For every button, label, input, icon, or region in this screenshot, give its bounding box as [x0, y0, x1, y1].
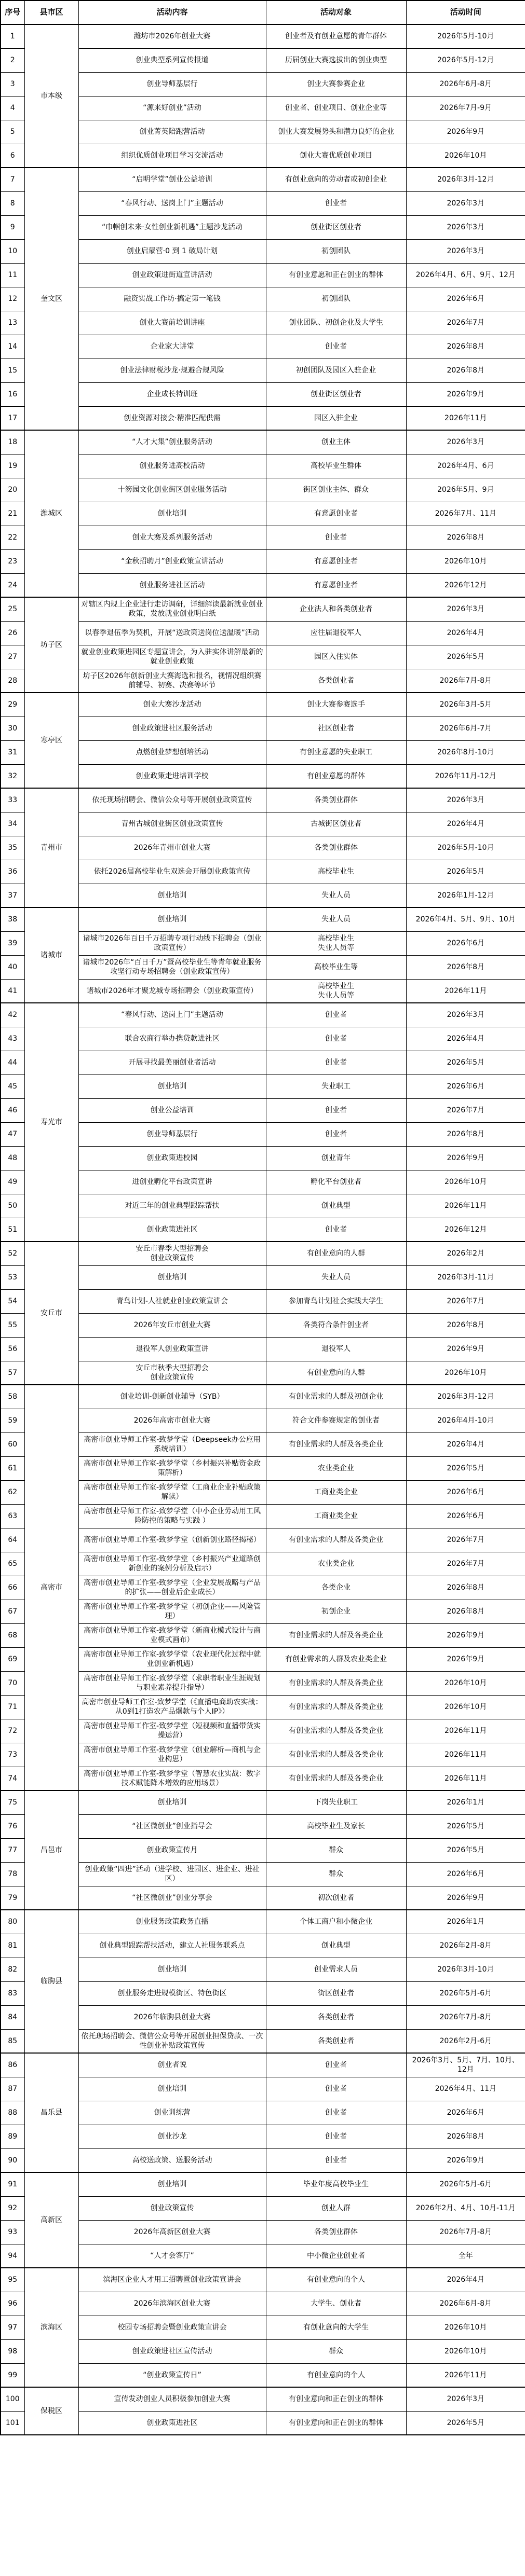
activity-time-cell: 2026年3月: [406, 597, 525, 621]
table-row: 4“源来好创业”活动创业者、创业项目、创业企业等2026年7月-9月: [1, 96, 525, 120]
activity-time-cell: 2026年11月: [406, 406, 525, 430]
activity-target-cell: 有创业需求的人群及各类企业: [266, 1528, 406, 1552]
table-row: 17创业资源对接会·精准匹配供需园区入驻企业2026年11月: [1, 406, 525, 430]
activity-target-cell: 创业需求人员: [266, 1958, 406, 1981]
row-number-cell: 12: [1, 287, 24, 311]
activity-content-cell: 高密市创业导师工作室-致梦学堂（乡村振兴补贴资金政策解析）: [78, 1456, 266, 1480]
activity-target-cell: 创业典型: [266, 1194, 406, 1218]
row-number-cell: 97: [1, 2316, 24, 2339]
row-number-cell: 5: [1, 120, 24, 144]
row-number-cell: 41: [1, 979, 24, 1003]
activity-time-cell: 2026年12月: [406, 573, 525, 597]
table-row: 21创业培训有意愿创业者2026年7月、11月: [1, 502, 525, 526]
activity-target-cell: 失业职工: [266, 1075, 406, 1098]
table-row: 11创业政策进街道宣讲活动有创业意愿和正在创业的群体2026年4月、6月、9月、…: [1, 263, 525, 287]
activity-content-cell: 退役军人创业政策宣讲: [78, 1337, 266, 1361]
row-number-cell: 101: [1, 2411, 24, 2435]
activity-target-cell: 创业街区创业者: [266, 382, 406, 406]
table-row: 75昌邑市创业培训下岗失业职工2026年1月: [1, 1790, 525, 1814]
table-row: 57安丘市秋季大型招聘会 创业政策宣传有创业意向的人群2026年10月: [1, 1361, 525, 1385]
activity-content-cell: 高密市创业导师工作室-致梦学堂（新商业模式设计与商业模式画布）: [78, 1623, 266, 1647]
activity-content-cell: “春风行动、送岗上门”主题活动: [78, 191, 266, 215]
activity-content-cell: “金秋招聘月”创业政策宣讲活动: [78, 549, 266, 573]
activity-content-cell: 创业服务走进规模街区、特色街区: [78, 1981, 266, 2005]
row-number-cell: 62: [1, 1480, 24, 1504]
row-number-cell: 30: [1, 717, 24, 740]
district-cell: 潍城区: [24, 430, 78, 597]
table-row: 5创业菁英陪跑营活动创业大赛发展势头和潜力良好的企业2026年9月: [1, 120, 525, 144]
activity-target-cell: 创业者: [266, 2101, 406, 2125]
row-number-cell: 66: [1, 1576, 24, 1600]
activity-time-cell: 2026年2月-8月: [406, 1934, 525, 1958]
activity-time-cell: 2026年9月: [406, 120, 525, 144]
activity-time-cell: 2026年9月: [406, 1337, 525, 1361]
row-number-cell: 34: [1, 812, 24, 836]
activity-target-cell: 群众: [266, 1838, 406, 1862]
activity-content-cell: 校园专场招聘会暨创业政策宣讲会: [78, 2316, 266, 2339]
row-number-cell: 28: [1, 669, 24, 693]
activity-content-cell: 创业政策走进培训学校: [78, 764, 266, 788]
table-row: 40诸城市2026年“百日千万”暨高校毕业生等青年就业服务攻坚行动专场招聘会（创…: [1, 955, 525, 979]
district-cell: 市本级: [24, 24, 78, 168]
table-row: 94“人才会客厅”中小微企业创业者全年: [1, 2244, 525, 2268]
table-row: 62高密市创业导师工作室-致梦学堂（工商业企业补贴政策解读）工商业类企业2026…: [1, 1480, 525, 1504]
row-number-cell: 10: [1, 239, 24, 263]
row-number-cell: 73: [1, 1743, 24, 1767]
activity-content-cell: 创业政策“四进”活动（进学校、进园区、进企业、进社区）: [78, 1862, 266, 1886]
activity-content-cell: 高密市创业导师工作室-致梦学堂（《直播电商助农实战：从0到1打造农产品爆款与个人…: [78, 1695, 266, 1719]
activity-target-cell: 有创业意愿的失业职工: [266, 740, 406, 764]
row-number-cell: 74: [1, 1767, 24, 1790]
row-number-cell: 80: [1, 1910, 24, 1934]
activity-target-cell: 高校毕业生: [266, 860, 406, 884]
activity-time-cell: 2026年4月: [406, 1027, 525, 1051]
activity-target-cell: 孵化平台创业者: [266, 1170, 406, 1194]
row-number-cell: 49: [1, 1170, 24, 1194]
table-row: 12融资实战工作坊·搞定第一笔钱初创团队2026年6月: [1, 287, 525, 311]
activity-target-cell: 创业者: [266, 1122, 406, 1146]
activity-content-cell: “创业政策宣传日”: [78, 2363, 266, 2387]
table-row: 83创业服务走进规模街区、特色街区街区创业者2026年5月-6月: [1, 1981, 525, 2005]
activity-target-cell: 创业青年: [266, 1146, 406, 1170]
activity-target-cell: 失业人员: [266, 884, 406, 907]
activity-target-cell: 有创业意向的劳动者或初创企业: [266, 168, 406, 191]
activity-target-cell: 毕业年度高校毕业生: [266, 2172, 406, 2196]
table-row: 61高密市创业导师工作室-致梦学堂（乡村振兴补贴资金政策解析）农业类企业2026…: [1, 1456, 525, 1480]
table-row: 101创业政策进社区有创业意向和正在创业的群体2026年5月: [1, 2411, 525, 2435]
activity-time-cell: 2026年3月-10月: [406, 1958, 525, 1981]
activity-target-cell: 有意愿创业者: [266, 549, 406, 573]
activity-target-cell: 下岗失业职工: [266, 1790, 406, 1814]
activity-time-cell: 2026年5月、9月: [406, 478, 525, 502]
activity-target-cell: 创业者: [266, 1027, 406, 1051]
activity-target-cell: 企业法人和各类创业者: [266, 597, 406, 621]
activity-content-cell: 创业政策进社区: [78, 1218, 266, 1242]
row-number-cell: 82: [1, 1958, 24, 1981]
activity-time-cell: 2026年9月: [406, 1647, 525, 1671]
activity-target-cell: 创业大赛发展势头和潜力良好的企业: [266, 120, 406, 144]
row-number-cell: 63: [1, 1504, 24, 1528]
table-row: 67高密市创业导师工作室-致梦学堂（初创企业——风险管理）初创企业2026年8月: [1, 1600, 525, 1623]
table-row: 98创业政策进社区宣传活动群众2026年10月: [1, 2339, 525, 2363]
district-cell: 滨海区: [24, 2268, 78, 2387]
table-row: 51创业政策进社区创业者2026年12月: [1, 1218, 525, 1242]
table-row: 962026年滨海区创业大赛大学生、创业者2026年6月-8月: [1, 2292, 525, 2316]
activity-time-cell: 2026年7月、11月: [406, 502, 525, 526]
activity-content-cell: 依托现场招聘会、微信公众号等开展创业担保贷款、一次性创业补贴政策宣传: [78, 2029, 266, 2053]
row-number-cell: 3: [1, 72, 24, 96]
table-row: 25坊子区对辖区内规上企业进行走访调研，详细解读最新就业创业政策，发放就业创业明…: [1, 597, 525, 621]
row-number-cell: 51: [1, 1218, 24, 1242]
activity-time-cell: 2026年5月: [406, 1814, 525, 1838]
row-number-cell: 50: [1, 1194, 24, 1218]
activity-time-cell: 2026年8月: [406, 1122, 525, 1146]
row-number-cell: 95: [1, 2268, 24, 2292]
activity-content-cell: 依托2026届高校毕业生双选会开展创业政策宣传: [78, 860, 266, 884]
activity-content-cell: 创业培训: [78, 2172, 266, 2196]
activity-time-cell: 2026年1月: [406, 1910, 525, 1934]
activity-target-cell: 群众: [266, 2339, 406, 2363]
activity-target-cell: 创业大赛优质创业项目: [266, 144, 406, 168]
district-cell: 诸城市: [24, 907, 78, 1003]
activity-content-cell: 高密市创业导师工作室-致梦学堂（企业发展战略与产品的扩张——创业后企业成长）: [78, 1576, 266, 1600]
activity-time-cell: 2026年10月: [406, 1170, 525, 1194]
activity-target-cell: 创业者: [266, 335, 406, 359]
activity-target-cell: 有创业意向的大学生: [266, 2316, 406, 2339]
activity-time-cell: 2026年11月: [406, 1719, 525, 1743]
col-header-time: 活动时间: [406, 1, 525, 24]
activity-content-cell: “人才大集”创业服务活动: [78, 430, 266, 454]
row-number-cell: 89: [1, 2125, 24, 2148]
activity-content-cell: 创业法律财税沙龙·规避合规风险: [78, 359, 266, 382]
activity-time-cell: 2026年6月: [406, 931, 525, 955]
activity-time-cell: 2026年9月: [406, 1623, 525, 1647]
row-number-cell: 57: [1, 1361, 24, 1385]
activity-target-cell: 创业者及有创业意愿的青年群体: [266, 24, 406, 48]
activity-content-cell: 高密市创业导师工作室-致梦学堂（创业解析—商机与企业构思）: [78, 1743, 266, 1767]
row-number-cell: 88: [1, 2101, 24, 2125]
row-number-cell: 98: [1, 2339, 24, 2363]
row-number-cell: 60: [1, 1432, 24, 1456]
activity-content-cell: 创业政策进校园: [78, 1146, 266, 1170]
table-row: 14企业家大讲堂创业者2026年8月: [1, 335, 525, 359]
activity-time-cell: 2026年8月: [406, 1600, 525, 1623]
table-row: 50对近三年的创业典型跟踪帮扶创业典型2026年11月: [1, 1194, 525, 1218]
activity-target-cell: 有创业意向的人群: [266, 1242, 406, 1265]
activity-target-cell: 创业主体: [266, 430, 406, 454]
table-row: 34青州古城创业街区创业政策宣传古城街区创业者2026年4月: [1, 812, 525, 836]
activity-time-cell: 2026年6月: [406, 1862, 525, 1886]
table-row: 592026年高密市创业大赛符合文件参赛规定的创业者2026年4月-10月: [1, 1409, 525, 1432]
table-body: 1市本级潍坊市2026年创业大赛创业者及有创业意愿的青年群体2026年5月-10…: [1, 24, 525, 2435]
activity-content-cell: 创业培训: [78, 884, 266, 907]
activity-time-cell: 2026年6月: [406, 287, 525, 311]
activity-content-cell: 宣传发动创业人员积极参加创业大赛: [78, 2387, 266, 2411]
activity-time-cell: 2026年5月-12月: [406, 48, 525, 72]
table-row: 33青州市依托现场招聘会、微信公众号等开展创业政策宣传各类创业群体2026年3月: [1, 788, 525, 812]
activity-time-cell: 2026年9月: [406, 1886, 525, 1910]
row-number-cell: 78: [1, 1862, 24, 1886]
table-row: 66高密市创业导师工作室-致梦学堂（企业发展战略与产品的扩张——创业后企业成长）…: [1, 1576, 525, 1600]
table-row: 1市本级潍坊市2026年创业大赛创业者及有创业意愿的青年群体2026年5月-10…: [1, 24, 525, 48]
row-number-cell: 36: [1, 860, 24, 884]
header-row: 序号 县市区 活动内容 活动对象 活动时间: [1, 1, 525, 24]
activity-time-cell: 2026年1月: [406, 1790, 525, 1814]
activity-target-cell: 创业大赛参赛选手: [266, 693, 406, 717]
activity-content-cell: 青鸟计划-人社就业创业政策宣讲会: [78, 1289, 266, 1313]
table-row: 49进创业孵化平台政策宣讲孵化平台创业者2026年10月: [1, 1170, 525, 1194]
row-number-cell: 52: [1, 1242, 24, 1265]
activity-content-cell: 2026年高密市创业大赛: [78, 1409, 266, 1432]
row-number-cell: 92: [1, 2196, 24, 2220]
table-row: 932026年高新区创业大赛各类创业群体2026年7月-8月: [1, 2220, 525, 2244]
activity-time-cell: 2026年3月-5月: [406, 693, 525, 717]
table-row: 58高密市创业培训-创新创业辅导（SYB）有创业需求的人群及初创企业2026年3…: [1, 1385, 525, 1409]
activity-content-cell: 创业政策宣传月: [78, 1838, 266, 1862]
activity-content-cell: 开展寻找最美丽创业者活动: [78, 1051, 266, 1075]
activity-target-cell: 创业者: [266, 2148, 406, 2172]
table-row: 89创业沙龙创业者2026年8月: [1, 2125, 525, 2148]
table-row: 91高新区创业培训毕业年度高校毕业生2026年5月-6月: [1, 2172, 525, 2196]
activity-time-cell: 2026年6月-8月: [406, 72, 525, 96]
table-row: 46创业公益培训创业者2026年7月: [1, 1098, 525, 1122]
activity-target-cell: 失业人员: [266, 907, 406, 931]
activity-time-cell: 2026年3月: [406, 430, 525, 454]
activity-time-cell: 2026年7月: [406, 1289, 525, 1313]
row-number-cell: 54: [1, 1289, 24, 1313]
activity-time-cell: 2026年3月: [406, 1003, 525, 1027]
activity-time-cell: 2026年8月: [406, 955, 525, 979]
activity-time-cell: 2026年12月: [406, 1218, 525, 1242]
row-number-cell: 56: [1, 1337, 24, 1361]
activity-content-cell: 创业公益培训: [78, 1098, 266, 1122]
activity-time-cell: 2026年9月: [406, 2148, 525, 2172]
table-row: 24创业服务进社区活动有意愿创业者2026年12月: [1, 573, 525, 597]
activity-time-cell: 2026年11月-12月: [406, 764, 525, 788]
activity-target-cell: 创业大赛参赛企业: [266, 72, 406, 96]
row-number-cell: 67: [1, 1600, 24, 1623]
activity-content-cell: 诸城市2026年百日千万招聘专项行动线下招聘会（创业政策宣传）: [78, 931, 266, 955]
activity-content-cell: 创业培训-创新创业辅导（SYB）: [78, 1385, 266, 1409]
activity-content-cell: 创业启蒙营·0 到 1 破局计划: [78, 239, 266, 263]
table-row: 32创业政策走进培训学校有创业意愿的群体2026年11月-12月: [1, 764, 525, 788]
activity-content-cell: 创业大赛及系列服务活动: [78, 526, 266, 549]
activity-time-cell: 2026年7月-9月: [406, 96, 525, 120]
table-row: 39诸城市2026年百日千万招聘专项行动线下招聘会（创业政策宣传）高校毕业生 失…: [1, 931, 525, 955]
activity-content-cell: 高密市创业导师工作室-致梦学堂（农业现代化过程中就业创业新机遇）: [78, 1647, 266, 1671]
activity-content-cell: 创业政策进社区宣传活动: [78, 2339, 266, 2363]
district-cell: 昌邑市: [24, 1790, 78, 1910]
row-number-cell: 61: [1, 1456, 24, 1480]
activity-content-cell: 创业培训: [78, 1958, 266, 1981]
activity-content-cell: 联合农商行举办携贷款进社区: [78, 1027, 266, 1051]
activity-time-cell: 2026年6月: [406, 1075, 525, 1098]
table-row: 71高密市创业导师工作室-致梦学堂（《直播电商助农实战：从0到1打造农产品爆款与…: [1, 1695, 525, 1719]
activity-time-cell: 2026年10月: [406, 2339, 525, 2363]
activity-target-cell: 高校毕业生群体: [266, 454, 406, 478]
activity-time-cell: 2026年8月: [406, 1576, 525, 1600]
table-header: 序号 县市区 活动内容 活动对象 活动时间: [1, 1, 525, 24]
table-row: 9“巾帼创未来·女性创业新机遇”主题沙龙活动创业街区创业者2026年3月: [1, 215, 525, 239]
activity-content-cell: 高密市创业导师工作室-致梦学堂（创新创业路径揭秘）: [78, 1528, 266, 1552]
table-row: 68高密市创业导师工作室-致梦学堂（新商业模式设计与商业模式画布）有创业需求的人…: [1, 1623, 525, 1647]
activity-time-cell: 2026年3月: [406, 2387, 525, 2411]
activity-target-cell: 有创业需求的人群及各类企业: [266, 1719, 406, 1743]
activity-target-cell: 工商业类企业: [266, 1480, 406, 1504]
activity-time-cell: 2026年10月: [406, 1671, 525, 1695]
activity-target-cell: 街区创业主体、群众: [266, 478, 406, 502]
activity-time-cell: 2026年8月: [406, 335, 525, 359]
activity-content-cell: 企业家大讲堂: [78, 335, 266, 359]
activity-content-cell: 就业创业政策进园区专题宣讲会，为入驻实体讲解最新的就业创业政策: [78, 645, 266, 669]
row-number-cell: 70: [1, 1671, 24, 1695]
activity-target-cell: 创业者: [266, 2125, 406, 2148]
activity-content-cell: 对近三年的创业典型跟踪帮扶: [78, 1194, 266, 1218]
row-number-cell: 7: [1, 168, 24, 191]
activity-target-cell: 各类创业者: [266, 669, 406, 693]
table-row: 30创业政策进社区服务活动社区创业者2026年6月-7月: [1, 717, 525, 740]
row-number-cell: 11: [1, 263, 24, 287]
row-number-cell: 46: [1, 1098, 24, 1122]
activity-target-cell: 有创业意向的个人: [266, 2268, 406, 2292]
table-row: 90高校送政策、送服务活动创业者2026年9月: [1, 2148, 525, 2172]
activity-content-cell: 滨海区企业人才用工招聘暨创业政策宣讲会: [78, 2268, 266, 2292]
activity-target-cell: 创业人群: [266, 2196, 406, 2220]
row-number-cell: 33: [1, 788, 24, 812]
activity-time-cell: 2026年10月: [406, 549, 525, 573]
activity-time-cell: 2026年9月: [406, 382, 525, 406]
activity-target-cell: 各类符合条件创业者: [266, 1313, 406, 1337]
table-row: 8“春风行动、送岗上门”主题活动创业者2026年3月: [1, 191, 525, 215]
activity-content-cell: 2026年高新区创业大赛: [78, 2220, 266, 2244]
activity-time-cell: 2026年4月、5月、9月、10月: [406, 907, 525, 931]
district-cell: 保税区: [24, 2387, 78, 2435]
row-number-cell: 6: [1, 144, 24, 168]
row-number-cell: 86: [1, 2053, 24, 2077]
activity-target-cell: 有创业意向的人群: [266, 1361, 406, 1385]
activity-time-cell: 2026年10月: [406, 2316, 525, 2339]
activity-target-cell: 园区入驻企业: [266, 406, 406, 430]
table-row: 60高密市创业导师工作室-致梦学堂（Deepseek办公应用系统培训）有创业需求…: [1, 1432, 525, 1456]
activity-time-cell: 2026年3月: [406, 788, 525, 812]
activity-time-cell: 2026年8月: [406, 1313, 525, 1337]
row-number-cell: 23: [1, 549, 24, 573]
activity-time-cell: 2026年4月: [406, 1432, 525, 1456]
activity-content-cell: “社区微创业”创业分享会: [78, 1886, 266, 1910]
activity-content-cell: 安丘市春季大型招聘会 创业政策宣传: [78, 1242, 266, 1265]
district-cell: 青州市: [24, 788, 78, 907]
activity-target-cell: 有意愿创业者: [266, 502, 406, 526]
table-row: 38诸城市创业培训失业人员2026年4月、5月、9月、10月: [1, 907, 525, 931]
activity-content-cell: 创业政策进社区: [78, 2411, 266, 2435]
row-number-cell: 4: [1, 96, 24, 120]
row-number-cell: 40: [1, 955, 24, 979]
table-row: 842026年临朐县创业大赛各类创业者2026年7月-8月: [1, 2005, 525, 2029]
row-number-cell: 25: [1, 597, 24, 621]
activity-target-cell: 初次创业者: [266, 1886, 406, 1910]
table-row: 43联合农商行举办携贷款进社区创业者2026年4月: [1, 1027, 525, 1051]
row-number-cell: 24: [1, 573, 24, 597]
activity-time-cell: 2026年5月: [406, 1838, 525, 1862]
row-number-cell: 71: [1, 1695, 24, 1719]
activity-time-cell: 2026年8月: [406, 2125, 525, 2148]
table-row: 16企业成长特训班创业街区创业者2026年9月: [1, 382, 525, 406]
activity-content-cell: 2026年安丘市创业大赛: [78, 1313, 266, 1337]
table-row: 81创业典型跟踪帮扶活动，建立人社服务联系点创业典型2026年2月-8月: [1, 1934, 525, 1958]
row-number-cell: 100: [1, 2387, 24, 2411]
activity-content-cell: 2026年滨海区创业大赛: [78, 2292, 266, 2316]
table-row: 27就业创业政策进园区专题宣讲会，为入驻实体讲解最新的就业创业政策园区入住实体2…: [1, 645, 525, 669]
activity-target-cell: 初创企业: [266, 1600, 406, 1623]
activity-content-cell: 创业典型跟踪帮扶活动，建立人社服务联系点: [78, 1934, 266, 1958]
activity-target-cell: 有创业需求的人群及初创企业: [266, 1385, 406, 1409]
activity-content-cell: 创业大赛沙龙活动: [78, 693, 266, 717]
col-header-district: 县市区: [24, 1, 78, 24]
activity-time-cell: 2026年7月: [406, 1552, 525, 1576]
activity-target-cell: 有创业需求的人群及各类企业: [266, 1623, 406, 1647]
activity-time-cell: 2026年5月-6月: [406, 1981, 525, 2005]
activity-content-cell: 融资实战工作坊·搞定第一笔钱: [78, 287, 266, 311]
activity-time-cell: 2026年7月-8月: [406, 669, 525, 693]
table-row: 73高密市创业导师工作室-致梦学堂（创业解析—商机与企业构思）有创业需求的人群及…: [1, 1743, 525, 1767]
activity-content-cell: “社区微创业”创业指导会: [78, 1814, 266, 1838]
row-number-cell: 45: [1, 1075, 24, 1098]
activity-target-cell: 个体工商户和小微企业: [266, 1910, 406, 1934]
activity-target-cell: 创业者: [266, 2077, 406, 2101]
activity-target-cell: 参加青鸟计划社会实践大学生: [266, 1289, 406, 1313]
row-number-cell: 29: [1, 693, 24, 717]
activity-time-cell: 2026年7月: [406, 1098, 525, 1122]
table-row: 56退役军人创业政策宣讲退役军人2026年9月: [1, 1337, 525, 1361]
table-row: 53创业培训失业人员2026年3月-11月: [1, 1265, 525, 1289]
activity-content-cell: “源来好创业”活动: [78, 96, 266, 120]
activity-content-cell: 高密市创业导师工作室-致梦学堂（智慧农业实战：数字技术赋能降本增效的应用场景）: [78, 1767, 266, 1790]
activity-content-cell: 高密市创业导师工作室-致梦学堂（工商业企业补贴政策解读）: [78, 1480, 266, 1504]
activity-target-cell: 中小微企业创业者: [266, 2244, 406, 2268]
row-number-cell: 59: [1, 1409, 24, 1432]
activity-time-cell: 2026年5月-10月: [406, 24, 525, 48]
activity-time-cell: 2026年7月: [406, 1528, 525, 1552]
col-header-no: 序号: [1, 1, 24, 24]
activity-time-cell: 2026年6月-7月: [406, 717, 525, 740]
activity-time-cell: 2026年4月: [406, 812, 525, 836]
row-number-cell: 48: [1, 1146, 24, 1170]
activity-time-cell: 2026年5月-6月: [406, 2172, 525, 2196]
table-row: 54青鸟计划-人社就业创业政策宣讲会参加青鸟计划社会实践大学生2026年7月: [1, 1289, 525, 1313]
table-row: 22创业大赛及系列服务活动创业者2026年8月: [1, 526, 525, 549]
activity-content-cell: 创业培训: [78, 1265, 266, 1289]
table-row: 15创业法律财税沙龙·规避合规风险初创团队及园区入驻企业2026年8月: [1, 359, 525, 382]
table-row: 2创业典型系列宣传报道历届创业大赛选拔出的创业典型2026年5月-12月: [1, 48, 525, 72]
activity-content-cell: 创业培训: [78, 907, 266, 931]
activity-time-cell: 2026年3月、5月、7月、10月、12月: [406, 2053, 525, 2077]
activity-time-cell: 2026年11月: [406, 1194, 525, 1218]
activity-content-cell: 创业培训: [78, 1075, 266, 1098]
activity-content-cell: “启明学堂”创业公益培训: [78, 168, 266, 191]
row-number-cell: 65: [1, 1552, 24, 1576]
activity-target-cell: 有创业需求的人群及农业类企业: [266, 1647, 406, 1671]
row-number-cell: 85: [1, 2029, 24, 2053]
activity-time-cell: 2026年5月-10月: [406, 836, 525, 860]
col-header-content: 活动内容: [78, 1, 266, 24]
activity-target-cell: 符合文件参赛规定的创业者: [266, 1409, 406, 1432]
row-number-cell: 32: [1, 764, 24, 788]
activity-content-cell: 高密市创业导师工作室-致梦学堂（初创企业——风险管理）: [78, 1600, 266, 1623]
row-number-cell: 37: [1, 884, 24, 907]
row-number-cell: 16: [1, 382, 24, 406]
table-row: 552026年安丘市创业大赛各类符合条件创业者2026年8月: [1, 1313, 525, 1337]
activity-time-cell: 2026年2月: [406, 1242, 525, 1265]
